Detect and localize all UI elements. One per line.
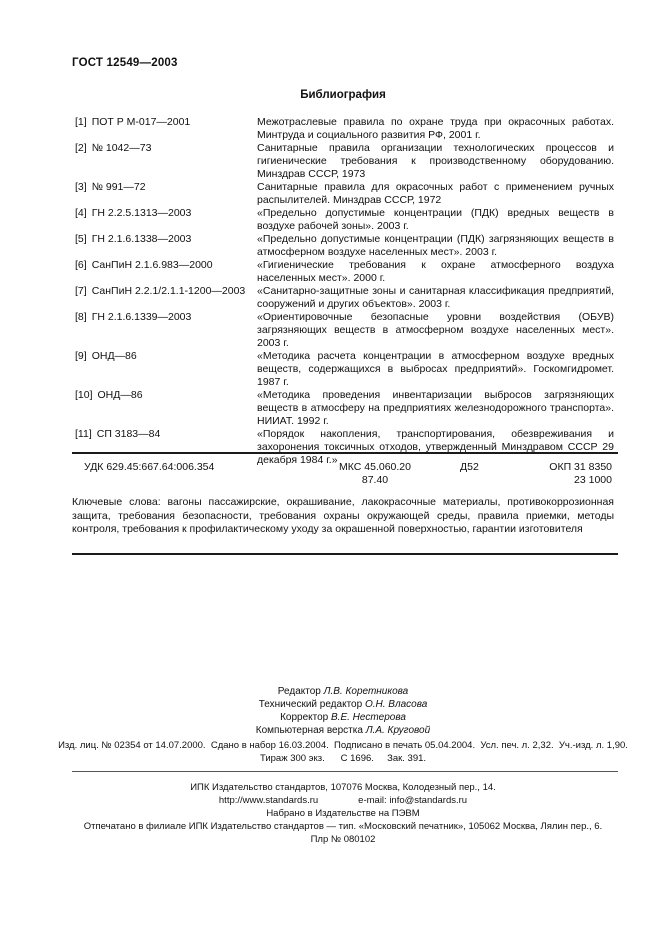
bib-code: СанПиН 2.2.1/2.1.1-1200—2003 xyxy=(92,285,246,297)
staff-role: Редактор xyxy=(278,686,321,697)
bib-code: СП 3183—84 xyxy=(97,428,161,440)
staff-line: Технический редактор О.Н. Власова xyxy=(72,698,614,711)
bib-description: Санитарные правила для окрасочных работ … xyxy=(257,181,614,207)
bib-code: № 991—72 xyxy=(92,181,146,193)
bib-ref: [10] xyxy=(75,389,93,401)
bibliography-entry: [10]ОНД—86 «Методика проведения инвентар… xyxy=(72,389,614,428)
bib-ref: [1] xyxy=(75,116,87,128)
staff-name: Л.В. Коретникова xyxy=(324,686,409,697)
standard-number: ГОСТ 12549—2003 xyxy=(72,57,178,69)
bib-ref: [9] xyxy=(75,350,87,362)
publisher-block: ИПК Издательство стандартов, 107076 Моск… xyxy=(60,781,626,846)
bib-description: «Санитарно-защитные зоны и санитарная кл… xyxy=(257,285,614,311)
mks-code: МКС 45.060.20 87.40 xyxy=(300,461,450,487)
okp-code: ОКП 31 8350 23 1000 xyxy=(472,461,612,487)
bib-description: «Ориентировочные безопасные уровни возде… xyxy=(257,311,614,350)
bibliography-entry: [3]№ 991—72 Санитарные правила для окрас… xyxy=(72,181,614,207)
bib-code: ПОТ Р М-017—2001 xyxy=(92,116,191,128)
divider-thin xyxy=(72,771,618,772)
publisher-email: e-mail: info@standards.ru xyxy=(358,795,467,806)
bib-ref: [4] xyxy=(75,207,87,219)
bibliography-entry: [4]ГН 2.2.5.1313—2003 «Предельно допусти… xyxy=(72,207,614,233)
bib-code: ОНД—86 xyxy=(98,389,143,401)
bibliography-list: [1]ПОТ Р М-017—2001 Межотраслевые правил… xyxy=(72,116,614,467)
bib-code: № 1042—73 xyxy=(92,142,152,154)
bib-code: ГН 2.1.6.1339—2003 xyxy=(92,311,192,323)
bibliography-entry: [8]ГН 2.1.6.1339—2003 «Ориентировочные б… xyxy=(72,311,614,350)
bibliography-entry: [7]СанПиН 2.2.1/2.1.1-1200—2003 «Санитар… xyxy=(72,285,614,311)
staff-block: Редактор Л.В. Коретникова Технический ре… xyxy=(72,685,614,737)
bibliography-entry: [6]СанПиН 2.1.6.983—2000 «Гигиенические … xyxy=(72,259,614,285)
publisher-typeset-note: Набрано в Издательстве на ПЭВМ xyxy=(60,807,626,820)
bib-ref: [8] xyxy=(75,311,87,323)
staff-role: Технический редактор xyxy=(259,699,362,710)
bib-ref: [7] xyxy=(75,285,87,297)
publisher-license: Плр № 080102 xyxy=(60,833,626,846)
bib-ref: [6] xyxy=(75,259,87,271)
section-title: Библиография xyxy=(72,89,614,101)
publisher-website: http://www.standards.ru xyxy=(219,795,318,806)
divider-bottom xyxy=(72,553,618,555)
bibliography-entry: [9]ОНД—86 «Методика расчета концентрации… xyxy=(72,350,614,389)
bib-description: «Методика расчета концентрации в атмосфе… xyxy=(257,350,614,389)
imprint-line-2: Тираж 300 экз. С 1696. Зак. 391. xyxy=(40,752,646,765)
bib-ref: [2] xyxy=(75,142,87,154)
publisher-printed-note: Отпечатано в филиале ИПК Издательство ст… xyxy=(60,820,626,833)
bibliography-entry: [2]№ 1042—73 Санитарные правила организа… xyxy=(72,142,614,181)
document-page: ГОСТ 12549—2003 Библиография [1]ПОТ Р М-… xyxy=(0,0,661,936)
staff-line: Компьютерная верстка Л.А. Круговой xyxy=(72,724,614,737)
imprint-line-1: Изд. лиц. № 02354 от 14.07.2000. Сдано в… xyxy=(40,739,646,752)
staff-name: Л.А. Круговой xyxy=(366,725,431,736)
bibliography-entry: [1]ПОТ Р М-017—2001 Межотраслевые правил… xyxy=(72,116,614,142)
bib-ref: [5] xyxy=(75,233,87,245)
publisher-contacts: http://www.standards.rue-mail: info@stan… xyxy=(60,794,626,807)
imprint-block: Изд. лиц. № 02354 от 14.07.2000. Сдано в… xyxy=(40,739,646,765)
bib-description: Межотраслевые правила по охране труда пр… xyxy=(257,116,614,142)
publisher-address: ИПК Издательство стандартов, 107076 Моск… xyxy=(60,781,626,794)
bib-description: «Методика проведения инвентаризации выбр… xyxy=(257,389,614,428)
staff-role: Корректор xyxy=(280,712,328,723)
bib-code: СанПиН 2.1.6.983—2000 xyxy=(92,259,213,271)
bib-ref: [3] xyxy=(75,181,87,193)
staff-line: Корректор В.Е. Нестерова xyxy=(72,711,614,724)
udk-code: УДК 629.45:667.64:006.354 xyxy=(84,461,214,474)
staff-role: Компьютерная верстка xyxy=(256,725,363,736)
bib-description: Санитарные правила организации технологи… xyxy=(257,142,614,181)
bibliography-entry: [5]ГН 2.1.6.1338—2003 «Предельно допусти… xyxy=(72,233,614,259)
staff-name: В.Е. Нестерова xyxy=(331,712,406,723)
divider-top xyxy=(72,452,618,454)
bib-description: «Предельно допустимые концентрации (ПДК)… xyxy=(257,207,614,233)
bib-ref: [11] xyxy=(75,428,92,440)
staff-name: О.Н. Власова xyxy=(365,699,427,710)
bib-description: «Предельно допустимые концентрации (ПДК)… xyxy=(257,233,614,259)
keywords-paragraph: Ключевые слова: вагоны пассажирские, окр… xyxy=(72,496,614,537)
bib-code: ОНД—86 xyxy=(92,350,137,362)
bib-code: ГН 2.1.6.1338—2003 xyxy=(92,233,192,245)
bib-code: ГН 2.2.5.1313—2003 xyxy=(92,207,192,219)
bib-description: «Гигиенические требования к охране атмос… xyxy=(257,259,614,285)
staff-line: Редактор Л.В. Коретникова xyxy=(72,685,614,698)
